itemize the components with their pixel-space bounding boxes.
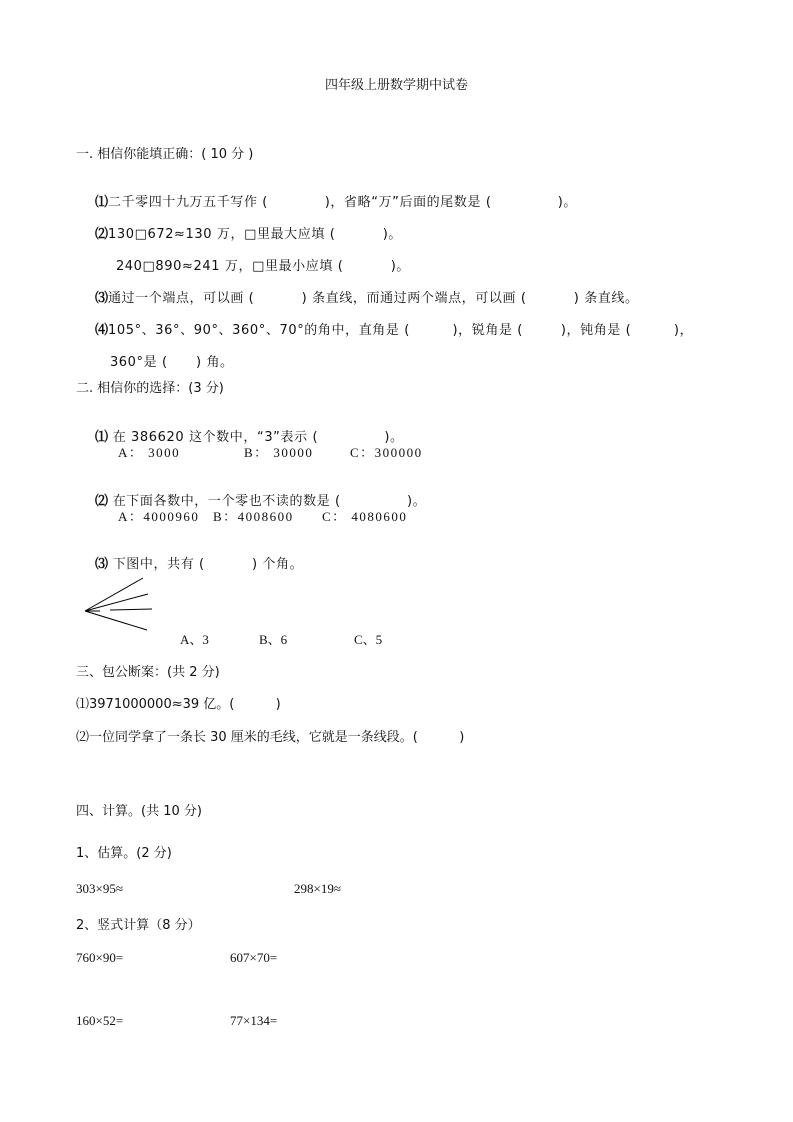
part-1-heading: 1、估算。(2 分) xyxy=(76,846,172,862)
question-3-1: ⑴3971000000≈39 亿。( ) xyxy=(76,697,281,713)
section-4-heading: 四、计算。(共 10 分) xyxy=(76,804,202,820)
ray-1 xyxy=(85,578,143,611)
vertical-calc-item: 760×90= xyxy=(76,950,123,966)
estimate-item: 303×95≈ xyxy=(76,881,123,897)
option-a: A、3 xyxy=(180,632,209,648)
vertical-calc-item: 77×134= xyxy=(230,1013,277,1029)
option-c: C、5 xyxy=(354,632,382,648)
ray-2 xyxy=(85,594,148,611)
ray-3b xyxy=(110,609,152,610)
vertical-calc-item: 607×70= xyxy=(230,950,277,966)
option-b: B、6 xyxy=(259,632,287,648)
estimate-item: 298×19≈ xyxy=(294,881,341,897)
ray-4 xyxy=(85,611,147,630)
section-3-heading: 三、包公断案：(共 2 分) xyxy=(76,665,220,681)
question-3-2: ⑵一位同学拿了一条长 30 厘米的毛线，它就是一条线段。( ) xyxy=(76,730,464,746)
vertical-calc-item: 160×52= xyxy=(76,1013,123,1029)
part-2-heading: 2、竖式计算（8 分） xyxy=(76,918,201,934)
